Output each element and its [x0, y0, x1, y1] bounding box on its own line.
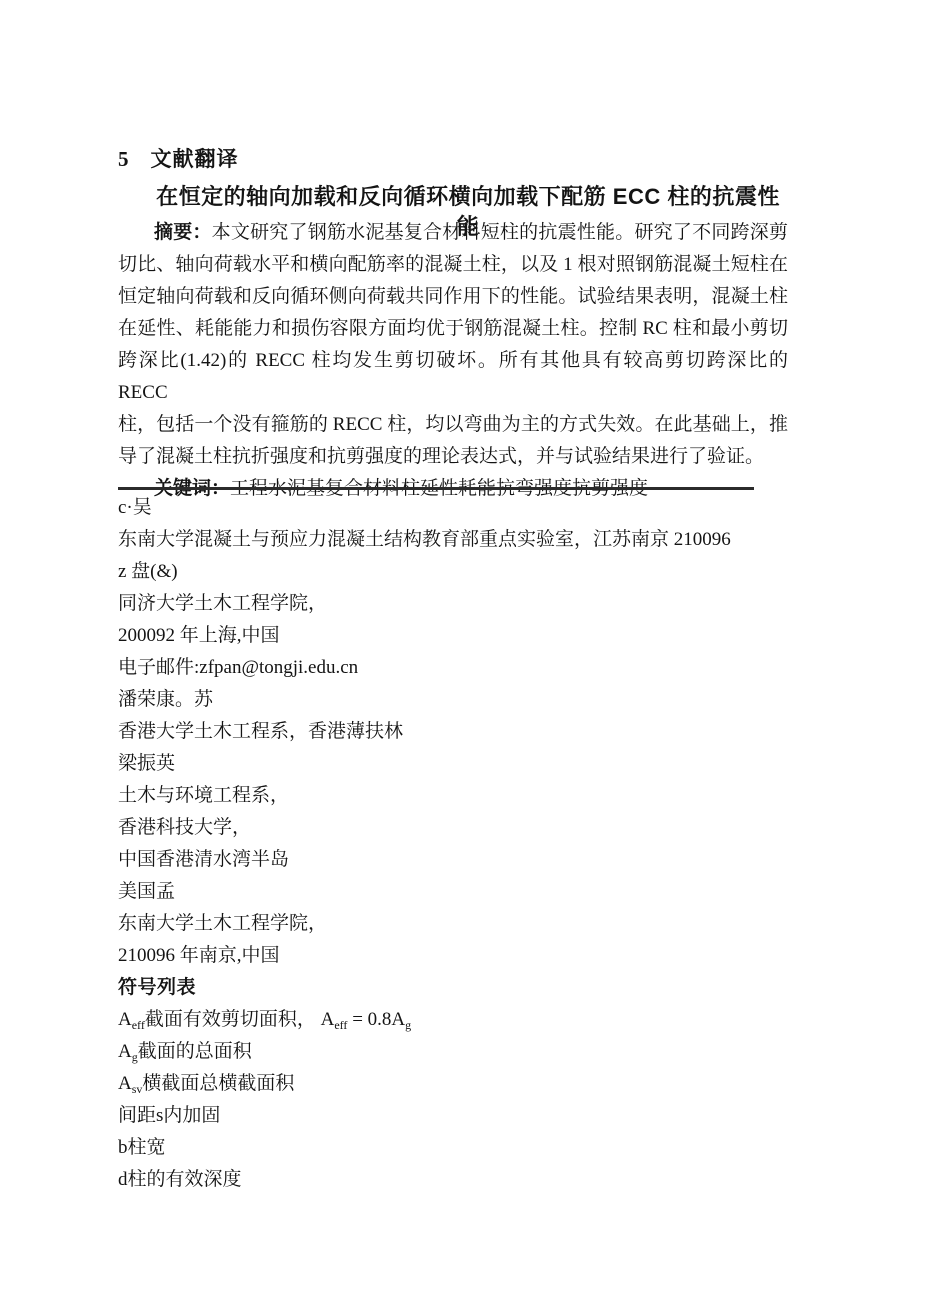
symbol-text: 截面的总面积	[138, 1041, 252, 1062]
symbol-line-asv: Asv横截面总横截面积	[118, 1068, 818, 1100]
section-heading: 5文献翻译	[118, 146, 239, 173]
symbol-line-s: 间距s内加固	[118, 1100, 818, 1132]
abstract-line: 柱，包括一个没有箍筋的 RECC 柱，均以弯曲为主的方式失效。在此基础上，推	[118, 409, 788, 441]
symbol-text: A	[118, 1009, 132, 1030]
section-number: 5	[118, 147, 130, 171]
symbol-text: = 0.8A	[347, 1009, 405, 1030]
symbol-subscript: eff	[334, 1018, 347, 1032]
author-line: 梁振英	[118, 748, 818, 780]
symbol-subscript: sv	[132, 1082, 143, 1096]
abstract-line: 跨深比(1.42)的 RECC 柱均发生剪切破坏。所有其他具有较高剪切跨深比的 …	[118, 345, 788, 409]
abstract-line: 摘要：本文研究了钢筋水泥基复合材料短柱的抗震性能。研究了不同跨深剪	[118, 217, 788, 249]
symbol-text: A	[118, 1073, 132, 1094]
author-affiliation-line: 香港科技大学，	[118, 812, 818, 844]
author-line: c·吴	[118, 492, 818, 524]
section-heading-label: 文献翻译	[151, 148, 239, 171]
author-line: 美国孟	[118, 876, 818, 908]
author-line: 潘荣康。苏	[118, 684, 818, 716]
abstract-line: 恒定轴向荷载和反向循环侧向荷载共同作用下的性能。试验结果表明，混凝土柱	[118, 281, 788, 313]
symbol-subscript: g	[405, 1018, 411, 1032]
symbol-text: 横截面总横截面积	[142, 1073, 294, 1094]
symbol-subscript: eff	[132, 1018, 145, 1032]
author-affiliation-line: 200092 年上海,中国	[118, 620, 818, 652]
abstract-text: 本文研究了钢筋水泥基复合材料短柱的抗震性能。研究了不同跨深剪	[212, 222, 788, 243]
symbol-line-b: b柱宽	[118, 1132, 818, 1164]
abstract-line: 切比、轴向荷载水平和横向配筋率的混凝土柱，以及 1 根对照钢筋混凝土短柱在	[118, 249, 788, 281]
abstract-block: 摘要：本文研究了钢筋水泥基复合材料短柱的抗震性能。研究了不同跨深剪 切比、轴向荷…	[118, 217, 788, 505]
abstract-line: 导了混凝土柱抗折强度和抗剪强度的理论表达式，并与试验结果进行了验证。	[118, 441, 788, 473]
author-affiliation-line: 土木与环境工程系，	[118, 780, 818, 812]
author-affiliation-line: 东南大学混凝土与预应力混凝土结构教育部重点实验室，江苏南京 210096	[118, 524, 818, 556]
author-affiliation-line: 中国香港清水湾半岛	[118, 844, 818, 876]
author-email-line: 电子邮件:zfpan@tongji.edu.cn	[118, 652, 818, 684]
symbol-line-aeff: Aeff截面有效剪切面积， Aeff = 0.8Ag	[118, 1004, 818, 1036]
symbol-text: A	[118, 1041, 132, 1062]
abstract-label: 摘要：	[154, 222, 212, 243]
document-page: 5文献翻译 在恒定的轴向加载和反向循环横向加载下配筋 ECC 柱的抗震性能 摘要…	[0, 0, 926, 1309]
footnote-separator-rule	[118, 487, 754, 490]
symbol-text: 截面有效剪切面积， A	[145, 1009, 334, 1030]
author-affiliation-line: 同济大学土木工程学院，	[118, 588, 818, 620]
symbols-list-heading: 符号列表	[118, 972, 818, 1004]
abstract-line: 在延性、耗能能力和损伤容限方面均优于钢筋混凝土柱。控制 RC 柱和最小剪切	[118, 313, 788, 345]
symbol-line-ag: Ag截面的总面积	[118, 1036, 818, 1068]
authors-and-symbols-block: c·吴 东南大学混凝土与预应力混凝土结构教育部重点实验室，江苏南京 210096…	[118, 492, 818, 1196]
author-affiliation-line: 210096 年南京,中国	[118, 940, 818, 972]
author-affiliation-line: 香港大学土木工程系，香港薄扶林	[118, 716, 818, 748]
author-line: z 盘(&)	[118, 556, 818, 588]
author-affiliation-line: 东南大学土木工程学院，	[118, 908, 818, 940]
symbol-line-d: d柱的有效深度	[118, 1164, 818, 1196]
